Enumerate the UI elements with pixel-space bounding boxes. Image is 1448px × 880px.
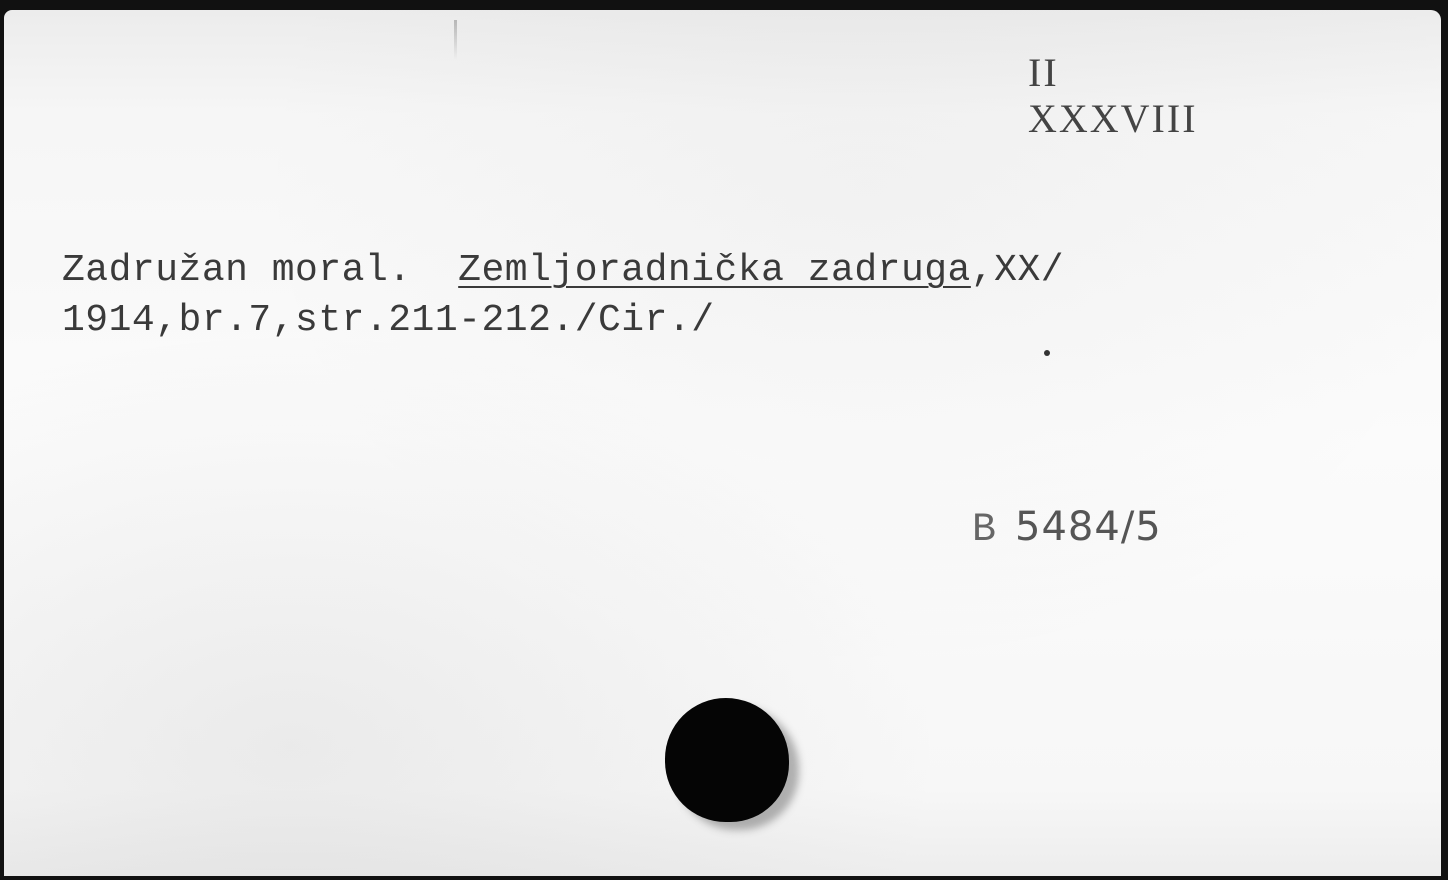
call-number: B5484/5 <box>972 504 1162 554</box>
article-title: Zadružan moral. <box>62 249 412 292</box>
classmark-line-2: XXXVIII <box>1028 96 1198 141</box>
ink-dot <box>1044 350 1050 356</box>
punch-hole-icon <box>665 698 789 822</box>
paper-crease <box>454 20 457 60</box>
journal-title: Zemljoradnička zadruga <box>458 249 971 292</box>
script-note: /Cir./ <box>575 299 715 342</box>
citation-details: 1914,br.7,str.211-212. <box>62 299 575 342</box>
classmark-line-1: II <box>1028 50 1059 95</box>
call-number-value: 5484/5 <box>1015 504 1162 550</box>
catalog-card: II XXXVIII Zadružan moral. Zemljoradničk… <box>4 10 1441 876</box>
volume: ,XX/ <box>971 249 1064 292</box>
call-number-prefix: B <box>972 508 997 553</box>
scanned-card-image: II XXXVIII Zadružan moral. Zemljoradničk… <box>0 0 1448 880</box>
classification-mark: II XXXVIII <box>1028 50 1198 142</box>
bibliographic-entry: Zadružan moral. Zemljoradnička zadruga,X… <box>62 246 1064 346</box>
